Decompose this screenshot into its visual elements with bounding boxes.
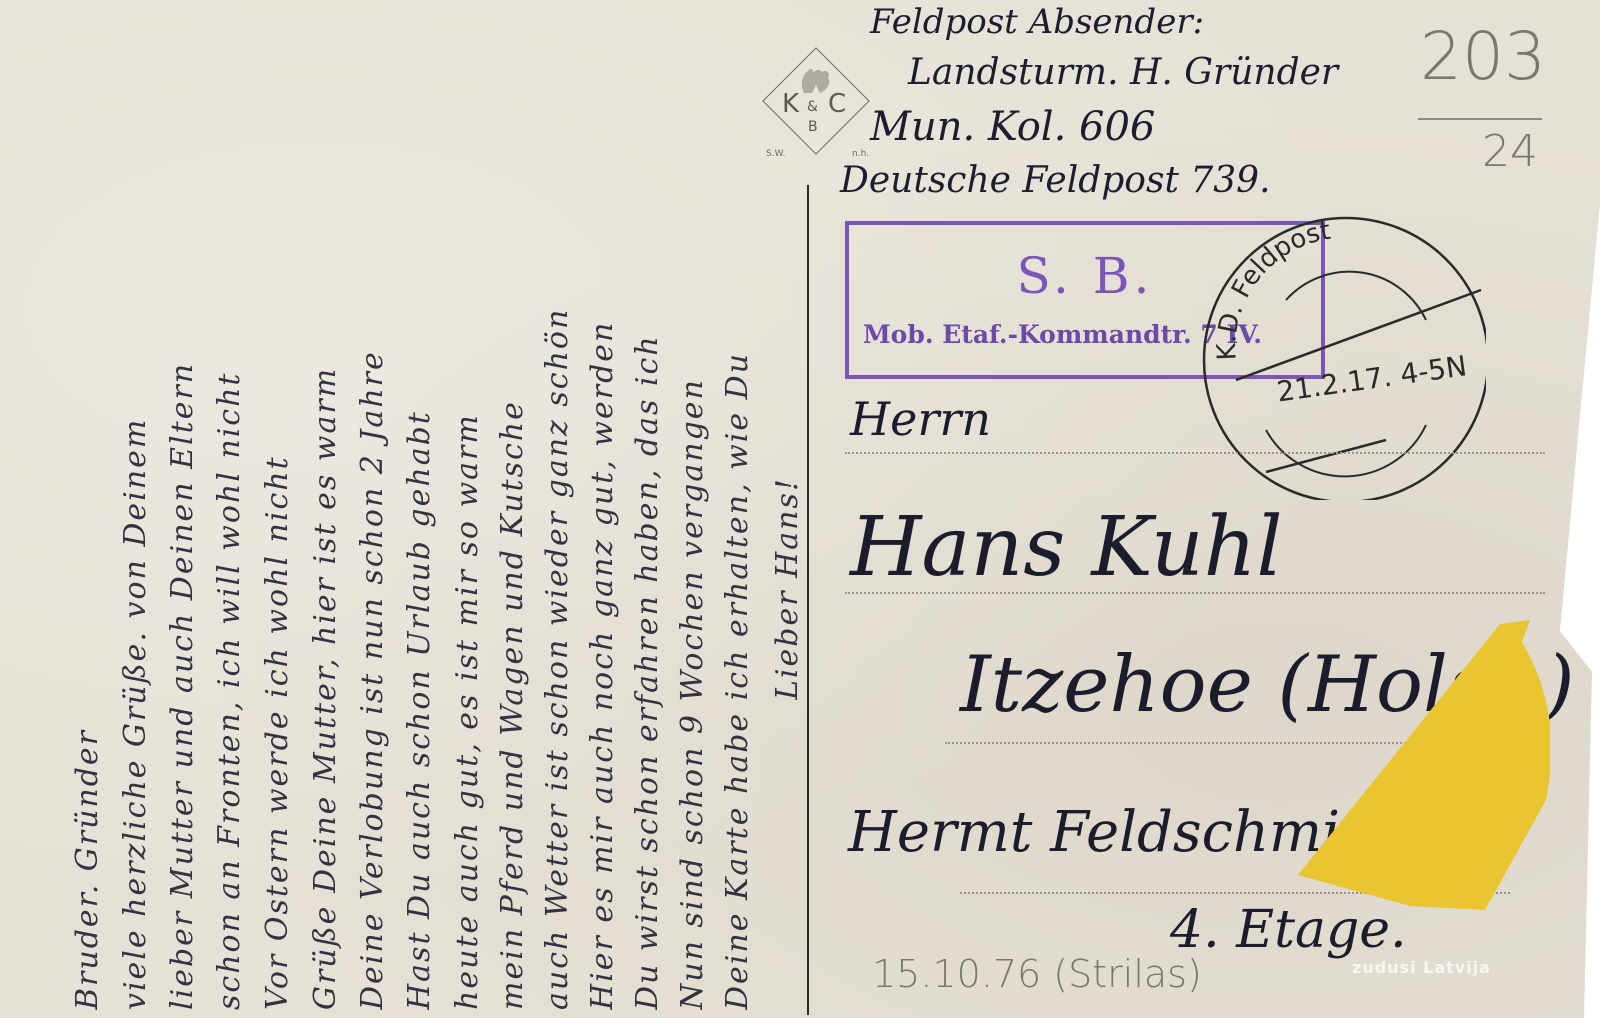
logo-mark-left: S.W.	[766, 149, 785, 159]
message-line: Deine Verlobung ist nun schon 2 Jahre	[355, 10, 399, 1010]
sender-line: Landsturm. H. Gründer	[908, 52, 1338, 93]
message-line: Grüße Deine Mutter, hier ist es warm	[308, 10, 352, 1010]
recipient-salutation: Herrn	[850, 392, 991, 446]
publisher-logo: K C & B S.W. n.h.	[760, 45, 870, 155]
message-line: Deine Karte habe ich erhalten, wie Du	[720, 10, 764, 1010]
postmark-date: 21.2.17. 4-5N	[1275, 349, 1469, 408]
message-line: Du wirst schon erfahren haben, das ich	[630, 10, 674, 1010]
message-line: Vor Ostern werde ich wohl nicht	[260, 10, 304, 1010]
message-line: auch Wetter ist schon wieder ganz schön	[540, 10, 584, 1010]
archive-number-bottom: 24	[1482, 126, 1538, 177]
sender-line: Deutsche Feldpost 739.	[840, 160, 1271, 201]
message-line: Hast Du auch schon Urlaub gehabt	[402, 10, 446, 1010]
message-line: schon an Fronten, ich will wohl nicht	[212, 10, 256, 1010]
message-line: Hier es mir auch noch ganz gut, werden	[585, 10, 629, 1010]
source-watermark: zudusi Latvija	[1352, 958, 1491, 977]
sender-line: Mun. Kol. 606	[870, 104, 1155, 150]
archive-pencil-note: 15.10.76 (Strilas)	[872, 952, 1202, 996]
logo-mark-right: n.h.	[852, 149, 869, 159]
handwritten-message: Lieber Hans! Deine Karte habe ich erhalt…	[10, 0, 800, 1018]
message-line: heute auch gut, es ist mir so warm	[450, 10, 494, 1010]
recipient-name: Hans Kuhl	[850, 500, 1283, 595]
address-rule-1	[845, 452, 1545, 454]
center-divider	[807, 185, 809, 1015]
logo-ampersand: &	[807, 99, 818, 115]
yellow-paper-patch	[1290, 610, 1550, 910]
archive-fraction-line	[1418, 118, 1542, 120]
logo-letter-b: B	[808, 119, 818, 135]
message-line: Bruder. Gründer	[70, 10, 114, 1010]
message-line: lieber Mutter und auch Deinen Eltern	[165, 10, 209, 1010]
postmark-ring-text: K.D. Feldpost	[1212, 216, 1333, 361]
postcard: Lieber Hans! Deine Karte habe ich erhalt…	[0, 0, 1600, 1018]
sender-line: Feldpost Absender:	[870, 2, 1204, 42]
message-line: mein Pferd und Wagen und Kutsche	[495, 10, 539, 1010]
svg-text:K.D. Feldpost: K.D. Feldpost	[1212, 216, 1333, 361]
message-line: Nun sind schon 9 Wochen vergangen	[675, 10, 719, 1010]
logo-letter-k: K	[782, 89, 799, 119]
archive-number-top: 203	[1420, 18, 1546, 95]
feldpost-postmark: K.D. Feldpost 21.2.17. 4-5N	[1196, 210, 1486, 500]
message-line: viele herzliche Grüße. von Deinem	[118, 10, 162, 1010]
logo-letter-c: C	[828, 89, 846, 119]
